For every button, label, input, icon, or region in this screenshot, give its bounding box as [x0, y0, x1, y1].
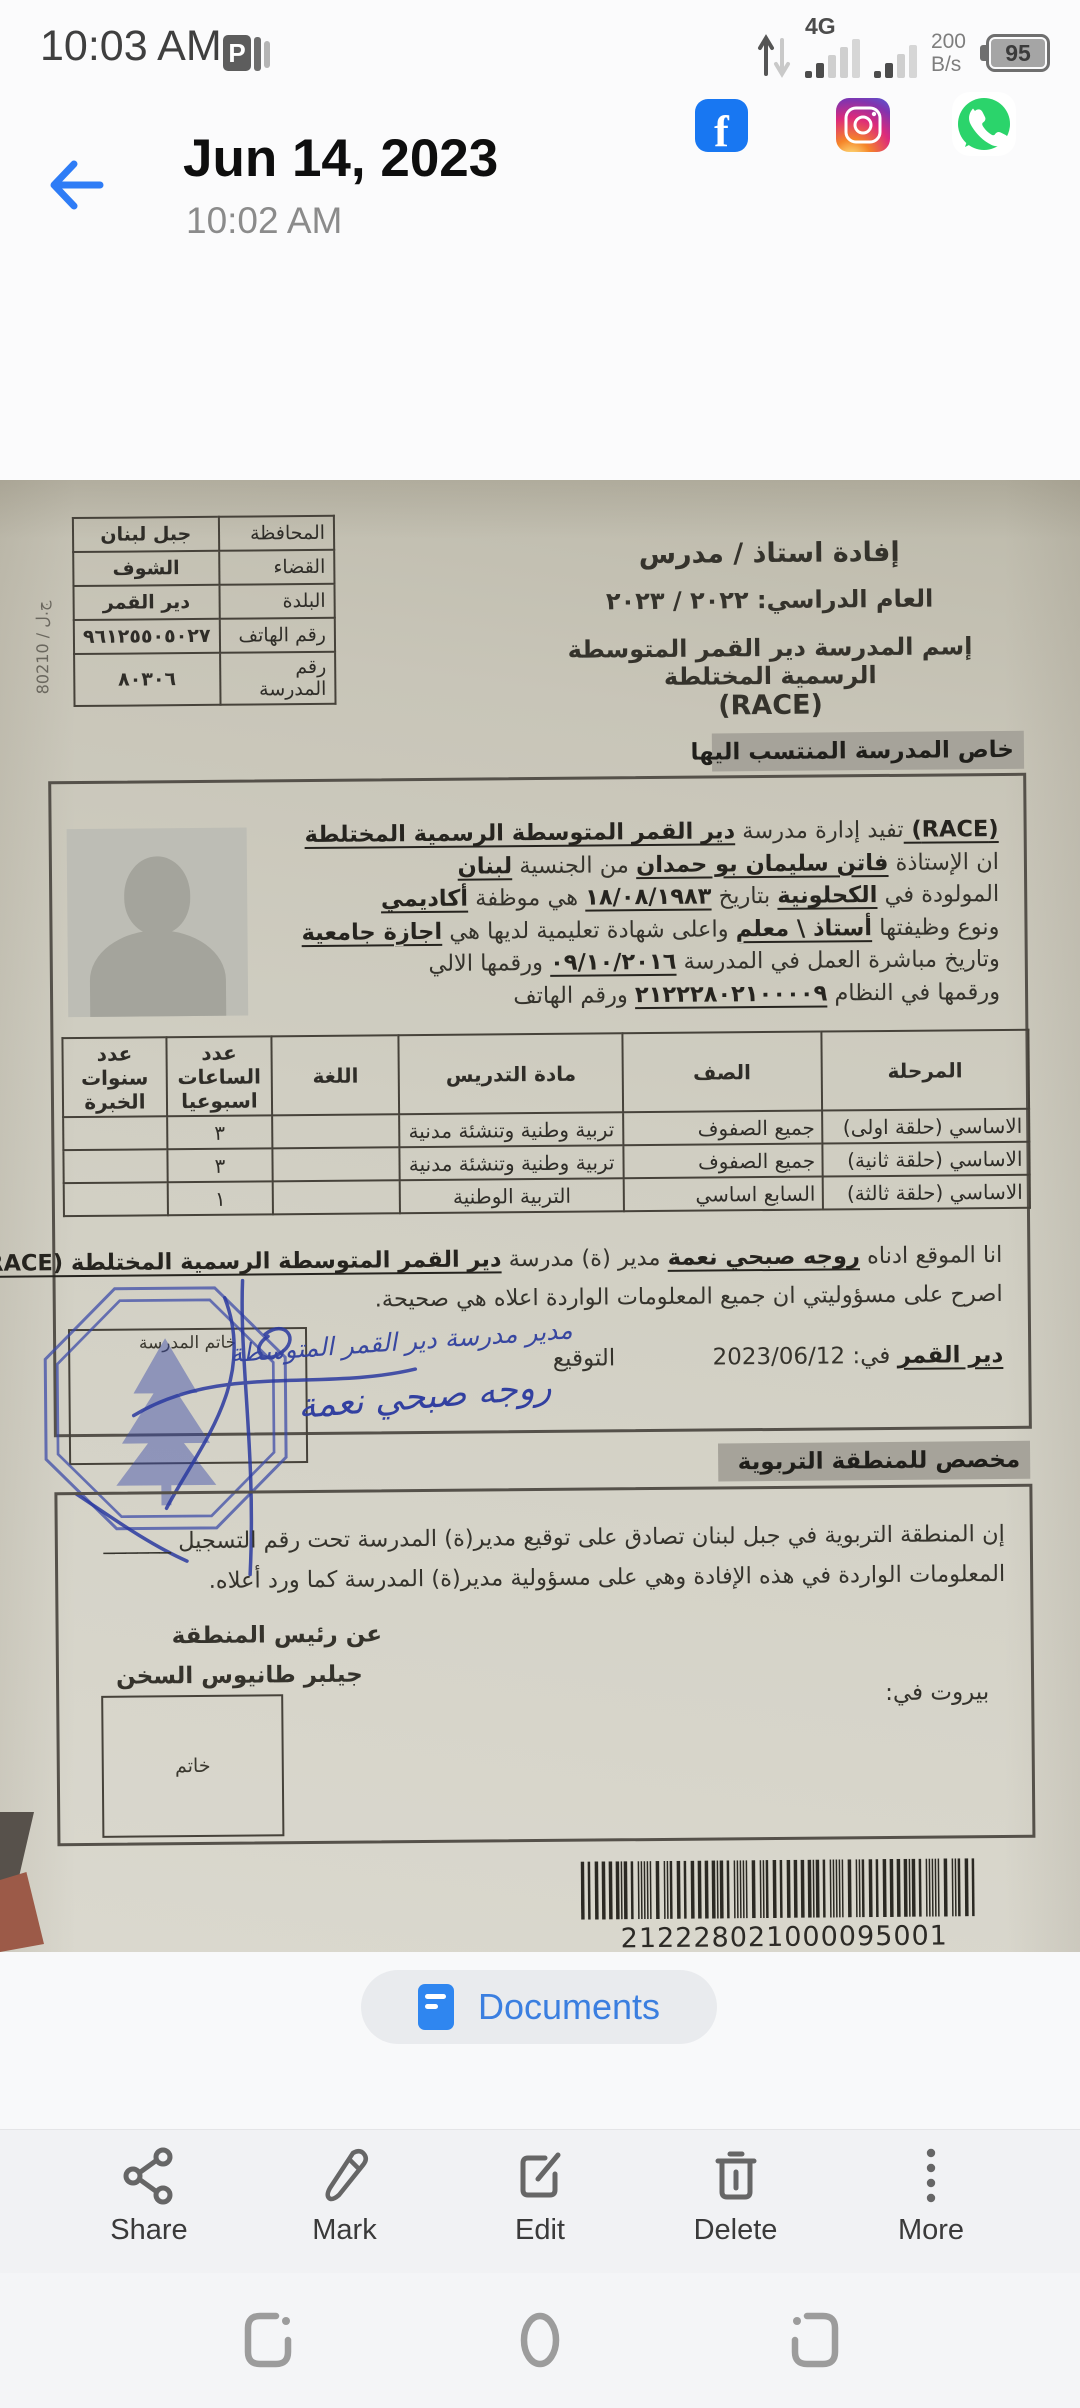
whatsapp-share-icon[interactable]	[952, 92, 1016, 156]
table-row: رقم الهاتف٩٦١٢٥٥٠٥٠٢٧	[74, 618, 335, 654]
status-bar: 10:03 AM P 4G	[0, 0, 1080, 95]
form-side-code: 80210 / ج.ل	[33, 601, 53, 695]
more-button[interactable]: More	[867, 2144, 995, 2273]
more-dots-icon	[903, 2146, 959, 2206]
section1-header: خاص المدرسة المنتسب اليها	[712, 731, 1024, 772]
more-label: More	[898, 2214, 964, 2247]
barcode-number: 212228021000095001	[561, 1920, 1007, 1952]
nav-home-button[interactable]	[495, 2295, 585, 2385]
pen-icon	[317, 2146, 373, 2206]
bottom-toolbar: Share Mark Edit	[0, 2129, 1080, 2273]
doc-school-year: العام الدراسي: ٢٠٢٢ / ٢٠٢٣	[535, 584, 1005, 616]
speed-value: 200	[931, 30, 966, 53]
doc-school-name: إسم المدرسة دير القمر المتوسطة الرسمية ا…	[535, 632, 1005, 692]
doc-title: إفادة استاذ / مدرس	[534, 536, 1004, 571]
teacher-photo-placeholder	[67, 828, 249, 1018]
edit-button[interactable]: Edit	[476, 2144, 604, 2273]
recents-icon	[238, 2308, 302, 2372]
data-arrows-icon	[757, 28, 791, 78]
document-titles: إفادة استاذ / مدرس العام الدراسي: ٢٠٢٢ /…	[534, 536, 1006, 723]
nav-back-icon	[781, 2308, 845, 2372]
instagram-share-icon[interactable]	[836, 98, 890, 152]
share-label: Share	[110, 2214, 187, 2247]
trash-icon	[708, 2146, 764, 2206]
signal-sim2-icon	[874, 25, 917, 78]
navigation-bar	[0, 2273, 1080, 2408]
document-icon	[418, 1984, 454, 2030]
table-row: البلدةدير القمر	[73, 584, 334, 620]
notification-app-icon: P	[223, 35, 270, 71]
photo-time-subtitle: 10:02 AM	[186, 200, 342, 242]
p-app-icon: P	[223, 35, 251, 71]
edit-label: Edit	[515, 2214, 565, 2247]
network-speed: 200 B/s	[931, 30, 966, 76]
phone-screen: 10:03 AM P 4G	[0, 0, 1080, 2408]
share-icon	[121, 2146, 177, 2206]
back-arrow-icon	[42, 150, 112, 220]
silhouette-body	[89, 930, 226, 1017]
delete-button[interactable]: Delete	[672, 2144, 800, 2273]
barcode	[581, 1858, 987, 1920]
teacher-attestation-paragraph: (RACE) تفيد إدارة مدرسة دير القمر المتوس…	[301, 813, 1001, 1014]
status-right-cluster: 4G 200 B/s 95	[757, 14, 1050, 78]
edit-icon	[512, 2146, 568, 2206]
region-stamp-box: خاتم	[101, 1694, 284, 1838]
mark-label: Mark	[312, 2214, 376, 2247]
school-info-table: المحافظةجبل لبنان القضاءالشوف البلدةدير …	[72, 515, 337, 707]
silhouette-head	[124, 856, 191, 935]
speed-unit: B/s	[931, 53, 966, 76]
facebook-share-icon[interactable]: f	[695, 99, 748, 152]
place-date-line: دير القمر في: 2023/06/12	[712, 1342, 1003, 1371]
region-head-name: جيلبر طانيوس السخن	[116, 1662, 363, 1690]
status-time: 10:03 AM	[40, 22, 222, 71]
doc-school-acronym: (RACE)	[535, 688, 1005, 723]
back-button[interactable]	[42, 150, 112, 220]
whatsapp-glyph	[955, 95, 1013, 153]
beirut-date-label: بيروت في:	[885, 1679, 989, 1706]
share-button[interactable]: Share	[85, 2144, 213, 2273]
table-row: رقم المدرسة٨٠٣٠٦	[74, 652, 335, 706]
table-row: الاساسي (حلقة ثالثة)السابع اساسي التربية…	[64, 1175, 1030, 1216]
p-app-icon-bar	[264, 41, 270, 68]
region-head-title: عن رئيس المنطقة	[172, 1621, 383, 1649]
photo-date-title: Jun 14, 2023	[183, 128, 498, 189]
teaching-assignments-table: المرحلة الصف مادة التدريس اللغة عدد السا…	[61, 1029, 1031, 1217]
home-icon	[508, 2308, 572, 2372]
signal-sim1-icon: 4G	[805, 19, 860, 78]
battery-percent: 95	[991, 39, 1045, 67]
documents-category-chip[interactable]: Documents	[361, 1970, 717, 2044]
table-header-row: المرحلة الصف مادة التدريس اللغة عدد السا…	[62, 1030, 1029, 1117]
p-app-icon-bar	[254, 37, 261, 71]
documents-chip-label: Documents	[478, 1986, 660, 2028]
nav-back-button[interactable]	[768, 2295, 858, 2385]
chip-strip: Documents	[0, 1952, 1080, 2129]
instagram-camera-glyph	[844, 106, 882, 144]
cedar-tree-glyph	[115, 1338, 216, 1506]
network-type-label: 4G	[805, 13, 836, 40]
table-row: القضاءالشوف	[73, 550, 334, 586]
signature-label: التوقيع	[553, 1345, 616, 1372]
document-photo[interactable]: 80210 / ج.ل المحافظةجبل لبنان القضاءالشو…	[0, 480, 1080, 1952]
table-row: المحافظةجبل لبنان	[73, 516, 334, 552]
battery-icon: 95	[980, 34, 1050, 72]
section2-header: مخصص للمنطقة التربوية	[718, 1441, 1030, 1482]
education-region-statement: إن المنطقة التربوية في جبل لبنان تصادق ع…	[103, 1514, 1005, 1602]
nav-recents-button[interactable]	[225, 2295, 315, 2385]
delete-label: Delete	[694, 2214, 778, 2247]
scanned-document: 80210 / ج.ل المحافظةجبل لبنان القضاءالشو…	[0, 480, 1080, 1952]
mark-button[interactable]: Mark	[281, 2144, 409, 2273]
